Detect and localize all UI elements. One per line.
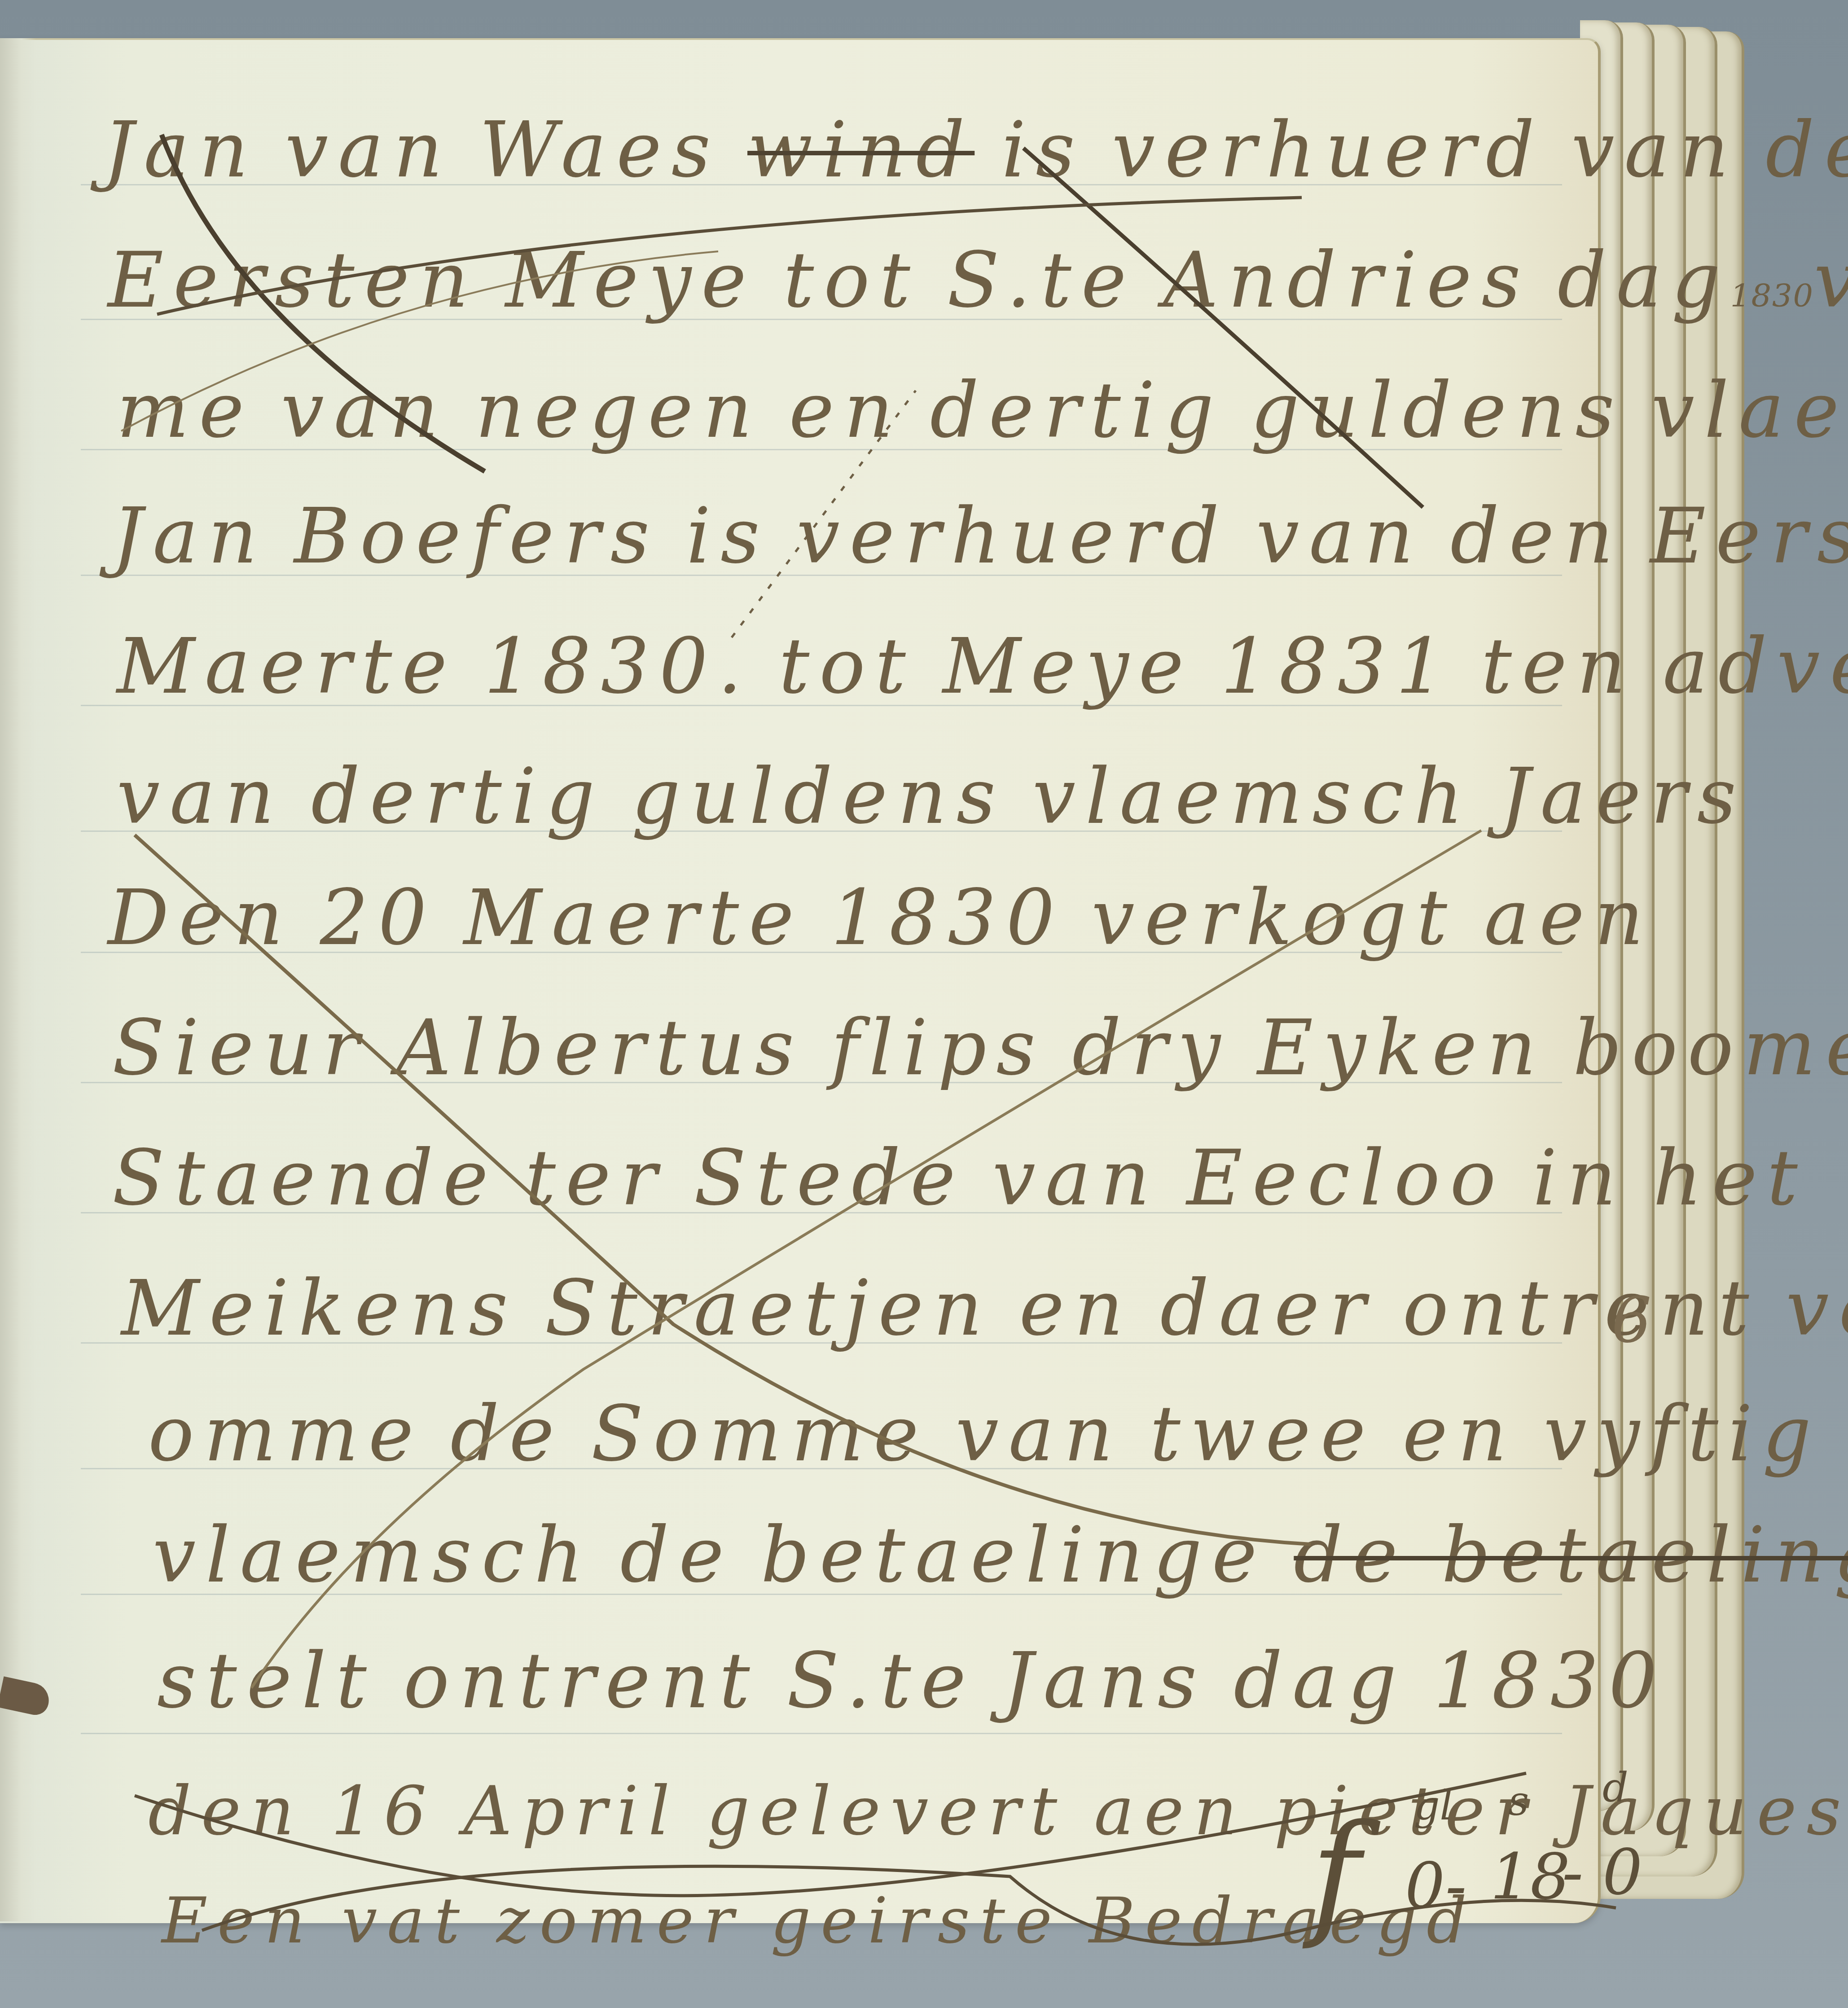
entry-1-line-1: JanvanWaeswindisverhuerdvanden (103, 112, 1848, 189)
entry-3-line-6: vlaemschdebetaelingede betaelingeisge- (153, 1517, 1848, 1594)
entry-1-line-3: mevannegenendertigguldensvlaemsch (117, 373, 1848, 449)
entry-3-line-7: steltontrentS.teJansdag1830 (157, 1643, 1694, 1719)
entry-2-line-1: JanBoefersisverhuerdvandenEersten (112, 498, 1848, 575)
inserted-year: 1830 (1730, 277, 1814, 314)
entry-3-line-3: StaendeterStedevanEeclooinhet (112, 1140, 1835, 1217)
entry-2-line-3: vandertigguldensvlaemschJaers (117, 759, 1773, 835)
unit-d: d (1602, 1764, 1629, 1811)
entry-3-line-1: Den20Maerte1830verkogtaen (108, 880, 1680, 956)
unit-gl: gl (1414, 1782, 1453, 1829)
entry-3-line-4: MeikensStraetjenendaerontrentvooren (121, 1270, 1848, 1347)
binding-gutter (0, 38, 36, 1921)
struck-word: de betaelinge (1294, 1511, 1848, 1600)
entry-3-line-5: ommedeSommevantweeenvyftigguldens (148, 1396, 1848, 1472)
amount-d: 0 (1602, 1836, 1642, 1909)
margin-note: 6 (1611, 1284, 1651, 1357)
amount-gl: 0 (1405, 1850, 1445, 1923)
ruled-line (81, 1733, 1562, 1734)
struck-word: wind (747, 106, 974, 195)
unit-s: s (1508, 1778, 1529, 1825)
amount-s: 18 (1490, 1841, 1570, 1914)
entry-4-line-2: EenvatzomergeirsteBedraegd (162, 1890, 1504, 1953)
florin-symbol: f (1311, 1796, 1361, 1952)
entry-3-line-2: SieurAlbertusflipsdryEykenboomen (112, 1010, 1848, 1086)
entry-1-line-2: EerstenMeyetotS.teAndriesdag1830voordeSo… (108, 242, 1848, 319)
entry-4-line-1: den16AprilgelevertaenpieterJaques (148, 1778, 1848, 1845)
entry-2-line-2: Maerte1830.totMeye1831tenadvenante (117, 628, 1848, 705)
